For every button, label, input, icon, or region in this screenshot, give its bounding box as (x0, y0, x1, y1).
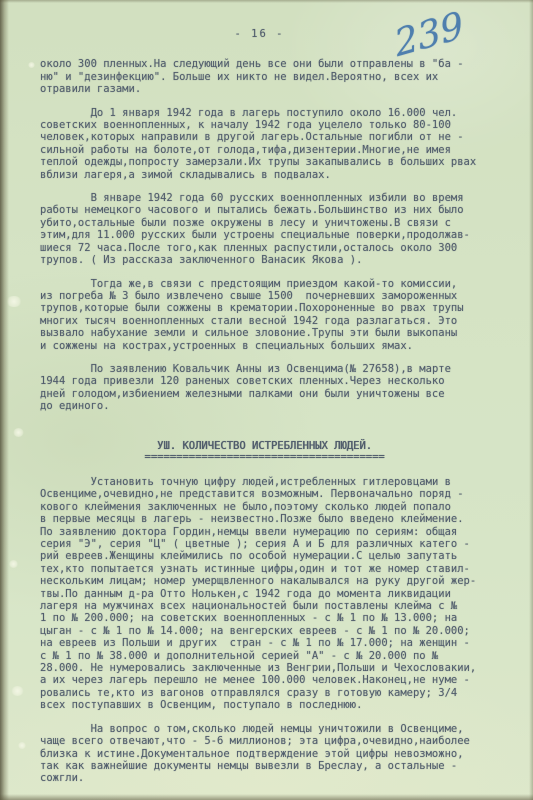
section-heading-underline: ====================================== (40, 452, 489, 462)
section-heading: УШ. КОЛИЧЕСТВО ИСТРЕБЛЕННЫХ ЛЮДЕЙ. =====… (40, 440, 489, 462)
paragraph-numbering-system: Установить точную цифру людей,истребленн… (40, 476, 519, 712)
paragraph-pow-arrivals: До 1 января 1942 года в лагерь поступило… (40, 107, 519, 181)
paragraph-commission-visit: Тогда же,в связи с предстоящим приездом … (40, 278, 519, 352)
paragraph-january-1942: В январе 1942 года 60 русских военноплен… (40, 192, 519, 266)
scanned-page: - 16 - около 300 пленных.На следующий де… (0, 0, 533, 800)
paragraph-kovalchik-statement: По заявлению Ковальчик Анны из Освенцима… (40, 363, 519, 413)
paragraph-continuation: около 300 пленных.На следующий день все … (40, 58, 519, 95)
typed-text-block: - 16 - около 300 пленных.На следующий де… (0, 0, 533, 796)
paragraph-total-estimate: На вопрос о том,сколько людей немцы унич… (40, 723, 519, 785)
